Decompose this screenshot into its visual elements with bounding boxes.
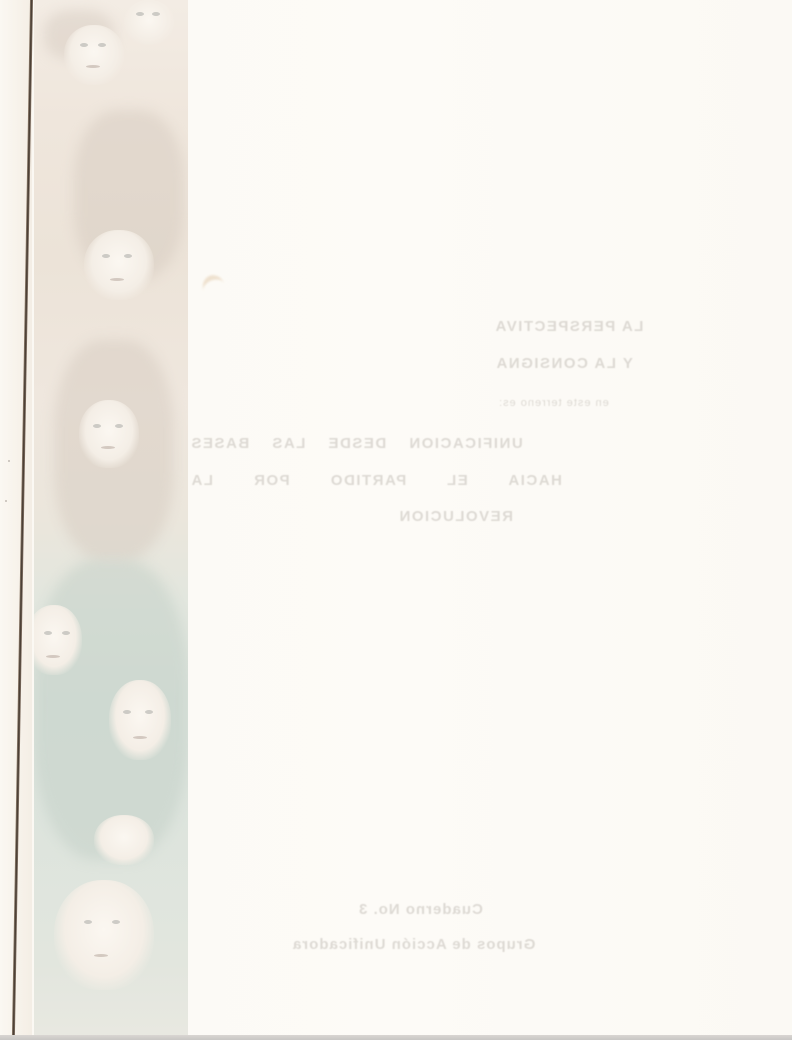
photo-face xyxy=(94,815,154,865)
photo-face xyxy=(109,680,171,760)
paper-mark xyxy=(199,272,228,303)
photo-face xyxy=(34,605,82,675)
paper-speck xyxy=(8,460,10,462)
showthrough-footer-line-1: Cuaderno No. 3 xyxy=(358,901,483,918)
paper-speck xyxy=(5,500,7,502)
photo-face xyxy=(54,880,154,990)
showthrough-intro: en este terreno es: xyxy=(498,397,609,409)
showthrough-title-line-1: LA PERSPECTIVA xyxy=(494,318,643,335)
showthrough-slogan-line-2: HACIA EL PARTIDO POR LA xyxy=(190,472,562,489)
scanned-page: LA PERSPECTIVA Y LA CONSIGNA en este ter… xyxy=(0,0,792,1040)
photo-face xyxy=(124,0,174,45)
showthrough-title-line-2: Y LA CONSIGNA xyxy=(495,355,633,372)
showthrough-slogan-line-3: REVOLUCION xyxy=(398,508,513,525)
photo-strip-faces xyxy=(34,0,188,1035)
scan-bottom-edge xyxy=(0,1035,792,1040)
showthrough-slogan-line-1: UNIFICACION DESDE LAS BASES xyxy=(190,435,523,452)
photo-face xyxy=(79,400,139,468)
showthrough-footer-line-2: Grupos de Acción Unificadora xyxy=(292,936,535,953)
photo-face xyxy=(84,230,154,300)
photo-face xyxy=(64,25,124,85)
